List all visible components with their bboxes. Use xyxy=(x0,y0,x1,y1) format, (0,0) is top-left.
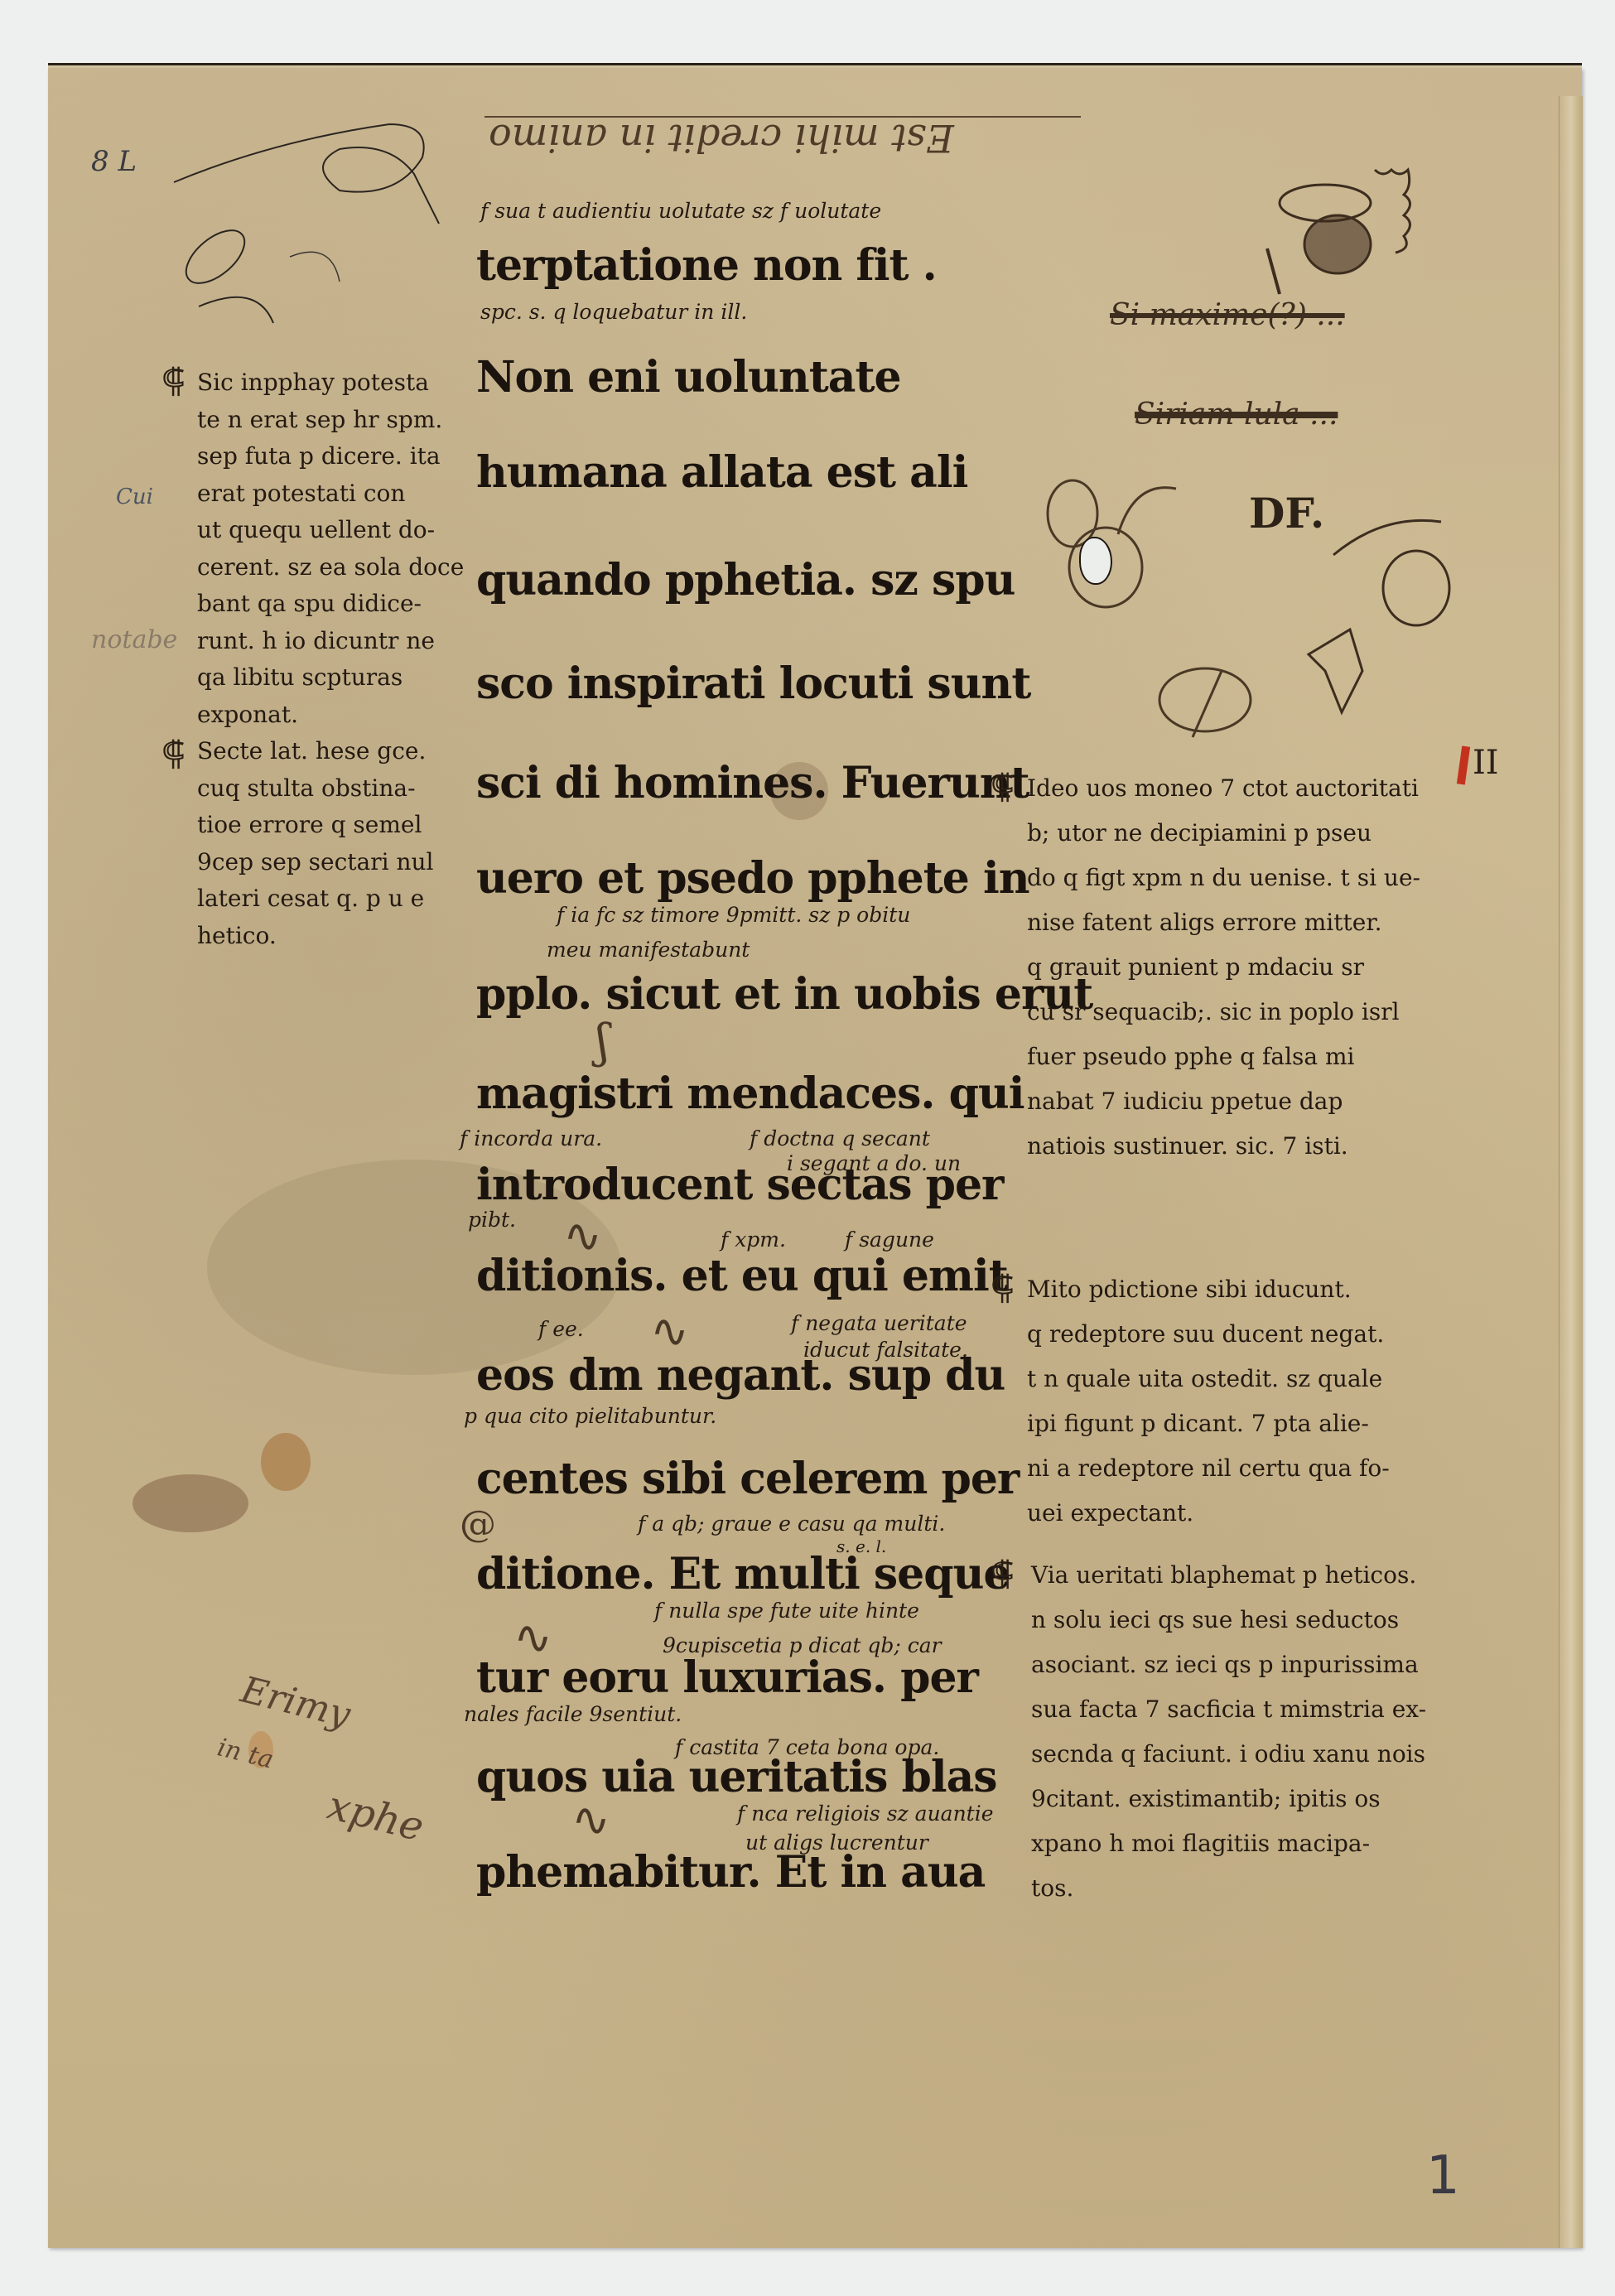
shelfmark: DF. xyxy=(1249,489,1324,538)
main-text-line: uero et psedo pphete in xyxy=(476,853,1029,904)
right-margin-gloss-2: Mito pdictione sibi iducunt. q redeptore… xyxy=(1027,1267,1390,1536)
gloss-line: asociant. sz ieci qs p inpurissima xyxy=(1031,1642,1426,1687)
gloss-line: nabat 7 iudiciu ppetue dap xyxy=(1027,1079,1420,1124)
gloss-line: Ideo uos moneo 7 ctot auctoritati xyxy=(1027,766,1420,811)
gloss-line: 9citant. existimantib; ipitis os xyxy=(1031,1777,1426,1821)
gloss-line: erat potestati con xyxy=(197,475,464,513)
interlinear-gloss: f ia fc sz timore 9pmitt. sz p obitu xyxy=(557,903,910,927)
inverted-note: Est mihi credit in animo xyxy=(489,116,954,161)
main-text-line: phemabitur. Et in aua xyxy=(476,1847,985,1898)
gloss-line: natiois sustinuer. sic. 7 isti. xyxy=(1027,1124,1420,1169)
correction-flourish-icon: ∿ xyxy=(571,1793,610,1847)
chapter-marker: II xyxy=(1459,744,1499,784)
interlinear-gloss: f sua t audientiu uolutate sz f uolutate xyxy=(480,199,881,223)
faded-annotation: Cui xyxy=(116,485,153,509)
gloss-line: qa libitu scpturas xyxy=(197,659,464,697)
gloss-line: te n erat sep hr spm. xyxy=(197,402,464,439)
struck-annotation-2: Siriam lula ... xyxy=(1135,398,1338,432)
gloss-line: q grauit punient p mdaciu sr xyxy=(1027,945,1420,990)
gloss-line: Sic inpphay potesta xyxy=(197,364,464,402)
gloss-line: Secte lat. hese gce. xyxy=(197,733,464,770)
interlinear-gloss: iducut falsitate. xyxy=(803,1338,968,1362)
gloss-line: runt. h io dicuntr ne xyxy=(197,623,464,660)
right-margin-gloss-3: Via ueritati blaphemat p heticos. n solu… xyxy=(1031,1553,1426,1911)
gloss-line: b; utor ne decipiamini p pseu xyxy=(1027,811,1420,856)
left-margin-gloss: Sic inpphay potesta te n erat sep hr spm… xyxy=(197,364,464,954)
interlinear-gloss: f a qb; graue e casu qa multi. xyxy=(638,1512,945,1536)
interlinear-gloss: i segant a do. un xyxy=(787,1151,961,1175)
gloss-line: secnda q faciunt. i odiu xanu nois xyxy=(1031,1732,1426,1777)
corner-letters: 8 L xyxy=(91,145,137,178)
gloss-line: q redeptore suu ducent negat. xyxy=(1027,1312,1390,1357)
interlinear-gloss: pibt. xyxy=(468,1208,516,1232)
main-text-line: sci di homines. Fuerunt xyxy=(476,758,1029,808)
correction-flourish-icon: ∿ xyxy=(650,1305,689,1358)
paragraph-mark-icon: ⸿ xyxy=(161,356,185,402)
correction-flourish-icon: ∿ xyxy=(513,1611,552,1665)
gloss-line: n solu ieci qs sue hesi seductos xyxy=(1031,1598,1426,1642)
gloss-line: exponat. xyxy=(197,697,464,734)
gloss-line: bant qa spu didice- xyxy=(197,586,464,623)
interlinear-gloss: 9cupiscetia p dicat qb; car xyxy=(663,1633,942,1657)
interlinear-gloss: ut aligs lucrentur xyxy=(745,1831,928,1855)
paragraph-mark-icon: ⸿ xyxy=(991,762,1014,808)
interlinear-gloss: f castita 7 ceta bona opa. xyxy=(675,1735,939,1759)
struck-annotation-1: Si maxime(?) ... xyxy=(1110,298,1345,332)
interlinear-gloss: meu manifestabunt xyxy=(547,938,750,962)
gloss-line: Mito pdictione sibi iducunt. xyxy=(1027,1267,1390,1312)
gloss-line: xpano h moi flagitiis macipa- xyxy=(1031,1821,1426,1866)
interlinear-gloss: f ee. xyxy=(538,1317,584,1341)
gloss-line: sua facta 7 sacficia t mimstria ex- xyxy=(1031,1687,1426,1732)
gloss-line: do q figt xpm n du uenise. t si ue- xyxy=(1027,856,1420,900)
interlinear-gloss: f nulla spe fute uite hinte xyxy=(654,1599,919,1623)
main-text-line: quando pphetia. sz spu xyxy=(476,555,1015,605)
gloss-line: cu sr sequacib;. sic in poplo isrl xyxy=(1027,990,1420,1035)
gloss-line: ut quequ uellent do- xyxy=(197,512,464,549)
gloss-line: 9cep sep sectari nul xyxy=(197,844,464,881)
gloss-line: cerent. sz ea sola doce xyxy=(197,549,464,586)
paragraph-mark-icon: ⸿ xyxy=(991,1549,1014,1594)
ink-drawing-icon xyxy=(1234,153,1449,311)
gloss-line: tos. xyxy=(1031,1866,1426,1911)
gloss-line: nise fatent aligs errore mitter. xyxy=(1027,900,1420,945)
gloss-line: cuq stulta obstina- xyxy=(197,770,464,808)
correction-flourish-icon: ʃ xyxy=(596,1015,609,1068)
main-text-line: sco inspirati locuti sunt xyxy=(476,658,1030,709)
main-text-line: magistri mendaces. qui xyxy=(476,1068,1024,1119)
paragraph-mark-icon: ⸿ xyxy=(161,729,185,774)
gloss-line: fuer pseudo pphe q falsa mi xyxy=(1027,1035,1420,1079)
interlinear-gloss: f nca religiois sz auantie xyxy=(737,1802,994,1826)
gloss-line: t n quale uita ostedit. sz quale xyxy=(1027,1357,1390,1401)
main-text-line: ditionis. et eu qui emit xyxy=(476,1251,1008,1301)
interlinear-gloss: p qua cito pielitabuntur. xyxy=(464,1404,716,1428)
water-stain xyxy=(133,1474,248,1532)
gloss-line: tioe errore q semel xyxy=(197,807,464,844)
spiral-mark-icon: @ xyxy=(460,1503,496,1546)
main-text-line: quos uia ueritatis blas xyxy=(476,1752,997,1802)
faded-annotation: notabe xyxy=(91,625,177,654)
main-text-line: ditione. Et multi seque xyxy=(476,1549,1010,1599)
interlinear-gloss: nales facile 9sentiut. xyxy=(464,1702,682,1726)
paragraph-mark-icon: ⸿ xyxy=(991,1263,1014,1309)
interlinear-gloss: f negata ueritate xyxy=(791,1311,967,1335)
parchment-hole xyxy=(1079,537,1112,585)
gloss-line: hetico. xyxy=(197,918,464,955)
gloss-line: ni a redeptore nil certu qua fo- xyxy=(1027,1446,1390,1491)
folio-number: 1 xyxy=(1426,2145,1460,2207)
gloss-line: lateri cesat q. p u e xyxy=(197,880,464,918)
gloss-line: Via ueritati blaphemat p heticos. xyxy=(1031,1553,1426,1598)
main-text-line: humana allata est ali xyxy=(476,447,967,498)
interlinear-gloss: s. e. l. xyxy=(836,1536,886,1556)
gloss-line: ipi figunt p dicant. 7 pta alie- xyxy=(1027,1401,1390,1446)
interlinear-gloss: f xpm. xyxy=(721,1228,786,1252)
leaf-right-edge xyxy=(1559,96,1583,2248)
pen-scribble-icon xyxy=(149,91,480,340)
main-text-line: centes sibi celerem per xyxy=(476,1454,1019,1504)
water-stain xyxy=(261,1433,311,1491)
correction-flourish-icon: ∿ xyxy=(563,1209,602,1263)
main-text-line: terptatione non fit . xyxy=(476,240,937,291)
right-margin-gloss-1: Ideo uos moneo 7 ctot auctoritati b; uto… xyxy=(1027,766,1420,1169)
main-text-line: Non eni uoluntate xyxy=(476,352,901,403)
interlinear-gloss: spc. s. q loquebatur in ill. xyxy=(480,300,747,324)
gloss-line: sep futa p dicere. ita xyxy=(197,438,464,475)
interlinear-gloss: f sagune xyxy=(845,1228,934,1252)
gloss-line: uei expectant. xyxy=(1027,1491,1390,1536)
rubric-stroke-icon xyxy=(1457,746,1470,785)
interlinear-gloss: f doctna q secant xyxy=(750,1126,930,1150)
interlinear-gloss: f incorda ura. xyxy=(460,1126,602,1150)
main-text-line: pplo. sicut et in uobis erut xyxy=(476,969,1092,1020)
chapter-number: II xyxy=(1473,744,1499,782)
